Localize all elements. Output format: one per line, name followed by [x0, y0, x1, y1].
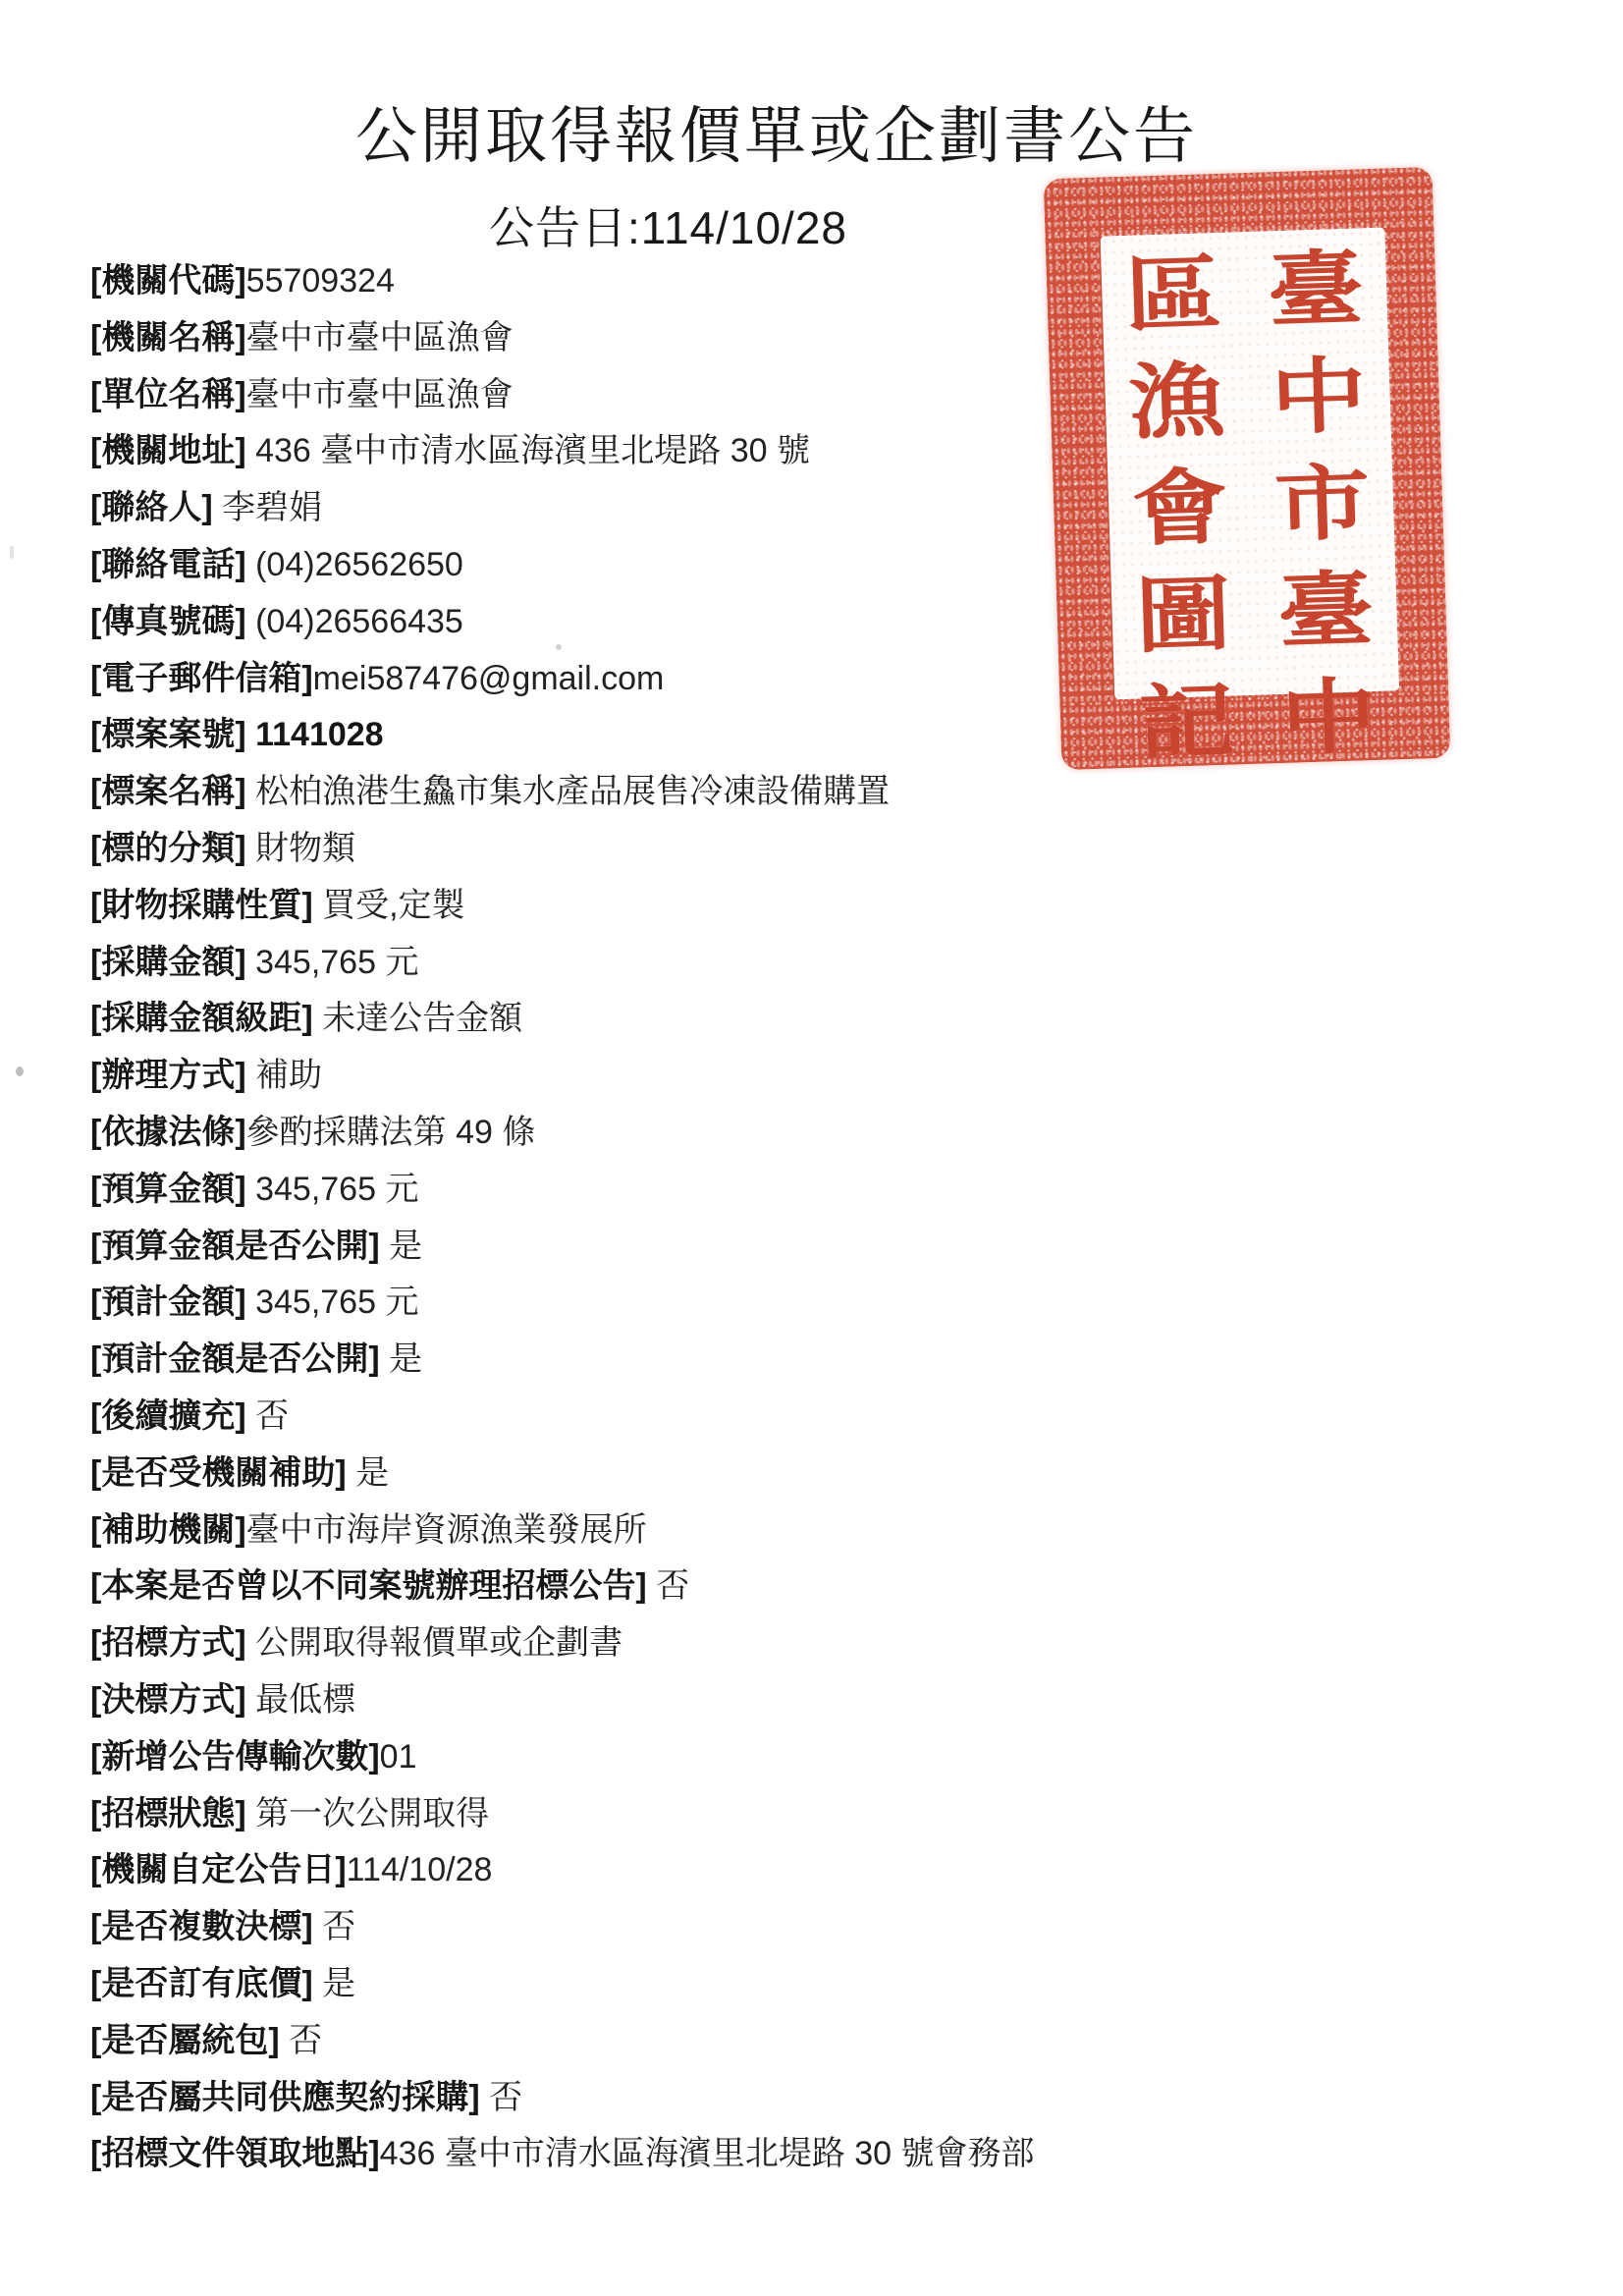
field-row: [採購金額] 345,765 元: [90, 935, 1170, 992]
field-row: [是否屬共同供應契約採購] 否: [90, 2070, 1170, 2127]
field-value: 臺中市臺中區漁會: [246, 367, 514, 424]
field-label: [是否訂有底價]: [90, 1956, 313, 2013]
field-row: [是否複數決標] 否: [90, 1899, 1170, 1956]
field-row: [標案案號] 1141028: [90, 707, 1170, 764]
field-label: [後續擴充]: [90, 1389, 246, 1446]
field-label: [電子郵件信箱]: [90, 651, 313, 708]
field-label: [是否屬統包]: [90, 2013, 280, 2070]
field-row: [電子郵件信箱]mei587476@gmail.com: [90, 651, 1170, 708]
field-label: [採購金額]: [90, 935, 246, 992]
field-row: [招標方式] 公開取得報價單或企劃書: [90, 1615, 1170, 1672]
field-row: [機關自定公告日]114/10/28: [90, 1842, 1170, 1899]
field-value: 財物類: [246, 821, 355, 878]
field-value: 公開取得報價單或企劃書: [246, 1615, 622, 1672]
field-label: [預算金額]: [90, 1162, 246, 1219]
field-label: [本案是否曾以不同案號辦理招標公告]: [90, 1558, 647, 1615]
field-row: [新增公告傳輸次數]01: [90, 1729, 1170, 1786]
field-row: [預算金額是否公開] 是: [90, 1219, 1170, 1276]
field-value: 松柏漁港生鱻市集水產品展售冷凍設備購置: [246, 764, 890, 821]
document-title: 公開取得報價單或企劃書公告: [355, 86, 1198, 176]
field-label: [招標方式]: [90, 1615, 246, 1672]
field-label: [辦理方式]: [90, 1048, 246, 1105]
scan-speck: [16, 1066, 24, 1076]
field-value: 臺中市海岸資源漁業發展所: [246, 1503, 647, 1559]
field-value: 345,765 元: [246, 1275, 419, 1332]
field-label: [是否屬共同供應契約採購]: [90, 2070, 480, 2127]
field-value: 是: [380, 1332, 422, 1389]
fields-list: [機關代碼]55709324 [機關名稱]臺中市臺中區漁會 [單位名稱]臺中市臺…: [90, 253, 1170, 2183]
field-row: [後續擴充] 否: [90, 1389, 1170, 1446]
field-row: [聯絡電話] (04)26562650: [90, 537, 1170, 594]
field-row: [單位名稱]臺中市臺中區漁會: [90, 367, 1170, 424]
seal-character: 記: [1094, 654, 1279, 778]
field-label: [決標方式]: [90, 1672, 246, 1729]
field-value: 345,765 元: [246, 1162, 419, 1219]
field-label: [機關代碼]: [90, 253, 246, 310]
field-value: 436 臺中市清水區海濱里北堤路 30 號會務部: [380, 2126, 1035, 2183]
field-label: [新增公告傳輸次數]: [90, 1729, 380, 1786]
field-row: [機關名稱]臺中市臺中區漁會: [90, 310, 1170, 367]
field-value: 參酌採購法第 49 條: [246, 1105, 536, 1162]
field-value: 否: [246, 1389, 289, 1446]
field-value: 1141028: [246, 707, 384, 764]
field-value: 345,765 元: [246, 935, 419, 992]
field-value: (04)26566435: [246, 594, 463, 651]
field-row: [採購金額級距] 未達公告金額: [90, 991, 1170, 1048]
scanned-announcement-page: 公開取得報價單或企劃書公告 公告日:114/10/28 [機關代碼]557093…: [0, 0, 1623, 2296]
field-value: (04)26562650: [246, 537, 463, 594]
seal-column: 區漁會圖記: [1101, 232, 1258, 699]
field-value: 436 臺中市清水區海濱里北堤路 30 號: [246, 423, 810, 480]
field-label: [預計金額是否公開]: [90, 1332, 380, 1389]
field-value: 未達公告金額: [313, 991, 522, 1048]
field-row: [財物採購性質] 買受,定製: [90, 878, 1170, 935]
field-row: [招標狀態] 第一次公開取得: [90, 1786, 1170, 1843]
field-label: [是否複數決標]: [90, 1899, 313, 1956]
seal-character: 區: [1080, 226, 1266, 350]
announcement-date: 公告日:114/10/28: [489, 192, 847, 257]
field-value: mei587476@gmail.com: [313, 651, 665, 708]
field-label: [招標文件領取地點]: [90, 2126, 380, 2183]
field-label: [依據法條]: [90, 1105, 246, 1162]
field-row: [標的分類] 財物類: [90, 821, 1170, 878]
field-row: [依據法條]參酌採購法第 49 條: [90, 1105, 1170, 1162]
field-label: [採購金額級距]: [90, 991, 313, 1048]
field-value: 55709324: [246, 253, 395, 310]
field-row: [決標方式] 最低標: [90, 1672, 1170, 1729]
field-value: 李碧娟: [213, 480, 322, 537]
field-row: [招標文件領取地點]436 臺中市清水區海濱里北堤路 30 號會務部: [90, 2126, 1170, 2183]
field-value: 第一次公開取得: [246, 1786, 489, 1843]
field-label: [機關名稱]: [90, 310, 246, 367]
field-value: 是: [313, 1956, 355, 2013]
field-row: [預計金額] 345,765 元: [90, 1275, 1170, 1332]
field-value: 否: [480, 2070, 522, 2127]
field-row: [機關代碼]55709324: [90, 253, 1170, 310]
field-row: [預算金額] 345,765 元: [90, 1162, 1170, 1219]
field-value: 是: [380, 1219, 422, 1276]
field-value: 補助: [246, 1048, 322, 1105]
field-label: [是否受機關補助]: [90, 1446, 347, 1503]
field-label: [聯絡電話]: [90, 537, 246, 594]
field-row: [本案是否曾以不同案號辦理招標公告] 否: [90, 1558, 1170, 1615]
scan-speck: [10, 546, 14, 559]
field-value: 否: [313, 1899, 355, 1956]
field-label: [聯絡人]: [90, 480, 213, 537]
field-row: [辦理方式] 補助: [90, 1048, 1170, 1105]
field-label: [標案案號]: [90, 707, 246, 764]
field-value: 是: [347, 1446, 389, 1503]
field-label: [機關地址]: [90, 423, 246, 480]
field-label: [機關自定公告日]: [90, 1842, 347, 1899]
field-row: [是否訂有底價] 是: [90, 1956, 1170, 2013]
field-row: [標案名稱] 松柏漁港生鱻市集水產品展售冷凍設備購置: [90, 764, 1170, 821]
field-label: [傳真號碼]: [90, 594, 246, 651]
field-value: 01: [380, 1729, 417, 1786]
field-row: [機關地址] 436 臺中市清水區海濱里北堤路 30 號: [90, 423, 1170, 480]
seal-character: 圖: [1090, 547, 1275, 671]
field-row: [補助機關]臺中市海岸資源漁業發展所: [90, 1503, 1170, 1559]
field-label: [標案名稱]: [90, 764, 246, 821]
field-label: [預算金額是否公開]: [90, 1219, 380, 1276]
scan-speck: [556, 644, 562, 650]
field-label: [財物採購性質]: [90, 878, 313, 935]
field-label: [單位名稱]: [90, 367, 246, 424]
field-row: [傳真號碼] (04)26566435: [90, 594, 1170, 651]
field-label: [標的分類]: [90, 821, 246, 878]
field-value: 否: [647, 1558, 689, 1615]
field-value: 最低標: [246, 1672, 355, 1729]
field-row: [聯絡人] 李碧娟: [90, 480, 1170, 537]
seal-inner: 臺中市臺中區漁會圖記: [1101, 227, 1400, 699]
field-row: [預計金額是否公開] 是: [90, 1332, 1170, 1389]
field-row: [是否屬統包] 否: [90, 2013, 1170, 2070]
field-label: [補助機關]: [90, 1503, 246, 1559]
field-row: [是否受機關補助] 是: [90, 1446, 1170, 1503]
field-value: 否: [280, 2013, 322, 2070]
field-value: 買受,定製: [313, 878, 465, 935]
field-label: [預計金額]: [90, 1275, 246, 1332]
field-value: 臺中市臺中區漁會: [246, 310, 514, 367]
seal-character: 漁: [1083, 333, 1269, 457]
field-value: 114/10/28: [347, 1842, 493, 1899]
field-label: [招標狀態]: [90, 1786, 246, 1843]
official-seal: 臺中市臺中區漁會圖記: [1044, 167, 1451, 770]
seal-character: 會: [1087, 440, 1272, 564]
